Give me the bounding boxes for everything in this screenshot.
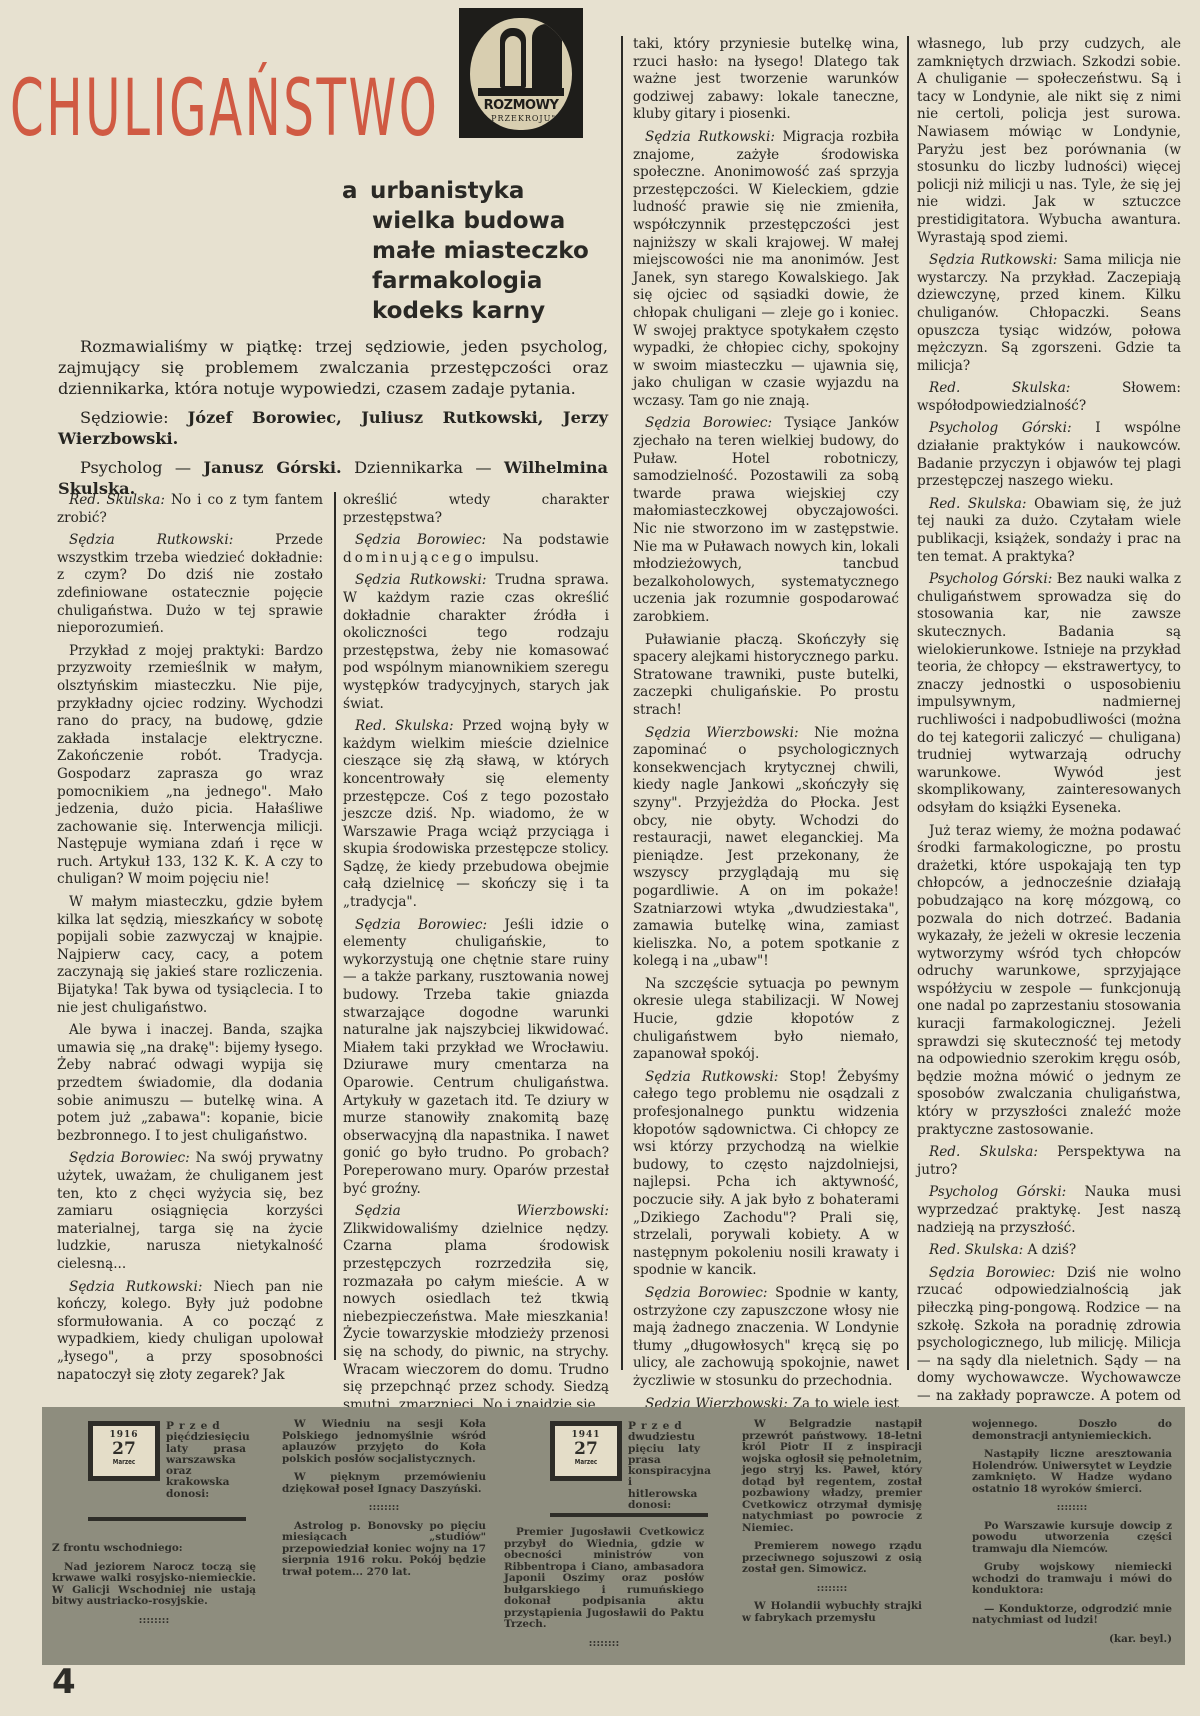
dialogue-paragraph: Psycholog Górski: Nauka musi wyprzedzać … bbox=[917, 1184, 1181, 1237]
text-column-4: własnego, lub przy cudzych, ale zamknięt… bbox=[917, 36, 1181, 1587]
separator: :::::::: bbox=[742, 1583, 922, 1595]
separator: :::::::: bbox=[52, 1615, 256, 1627]
magazine-page: CHULIGAŃSTWO ROZMOWY „PRZEKROJU" aurbani… bbox=[0, 0, 1200, 1716]
dialogue-paragraph: Red. Skulska: Perspektywa na jutro? bbox=[917, 1144, 1181, 1179]
speaker-label: Red. Skulska: bbox=[929, 1144, 1038, 1160]
dialogue-paragraph: Sędzia Borowiec: Na swój prywatny użytek… bbox=[57, 1150, 323, 1273]
dialogue-paragraph: Red. Skulska: Słowem: współodpowiedzialn… bbox=[917, 380, 1181, 415]
speaker-label: Red. Skulska: bbox=[929, 1242, 1023, 1258]
history-column-5: wojennego. Doszło do demonstracji antyni… bbox=[972, 1419, 1172, 1652]
dialogue-paragraph: Sędzia Borowiec: Tysiące Janków zjechało… bbox=[633, 415, 899, 626]
separator: :::::::: bbox=[282, 1502, 486, 1514]
dialogue-paragraph: Sędzia Borowiec: Spodnie w kanty, ostrzy… bbox=[633, 1285, 899, 1391]
dialogue-paragraph: Red. Skulska: Obawiam się, że już tej na… bbox=[917, 496, 1181, 566]
text-column-2: określić wtedy charakter przestępstwa?Sę… bbox=[343, 492, 609, 1419]
history-heading-1916: Przed pięćdziesięciu laty prasa warszaws… bbox=[166, 1421, 246, 1500]
text-column-3: taki, który przyniesie butelkę wina, rzu… bbox=[633, 36, 899, 1511]
intro-paragraph: Rozmawialiśmy w piątkę: trzej sędziowie,… bbox=[58, 336, 608, 399]
news-item: (kar. beyl.) bbox=[972, 1634, 1172, 1646]
news-item: wojennego. Doszło do demonstracji antyni… bbox=[972, 1419, 1172, 1442]
speaker-label: Sędzia Rutkowski: bbox=[355, 572, 486, 588]
speaker-label: Sędzia Rutkowski: bbox=[929, 252, 1057, 268]
date-card-1941: 1941 27 Marzec bbox=[550, 1421, 622, 1481]
dialogue-paragraph: W małym miasteczku, gdzie byłem kilka la… bbox=[57, 894, 323, 1017]
news-item: — Konduktorze, odgrodzić mnie natychmias… bbox=[972, 1604, 1172, 1627]
news-item: Premierem nowego rządu przeciwnego sojus… bbox=[742, 1541, 922, 1576]
column-divider bbox=[334, 492, 336, 1360]
speaker-label: Sędzia Borowiec: bbox=[69, 1150, 190, 1166]
dialogue-paragraph: Sędzia Rutkowski: Migracja rozbiła znajo… bbox=[633, 129, 899, 411]
separator: :::::::: bbox=[972, 1502, 1172, 1514]
date-card-1916: 1916 27 Marzec bbox=[88, 1421, 160, 1481]
dialogue-paragraph: Sędzia Rutkowski: Niech pan nie kończy, … bbox=[57, 1279, 323, 1385]
dialogue-paragraph: Psycholog Górski: Bez nauki walka z chul… bbox=[917, 571, 1181, 817]
article-intro: Rozmawialiśmy w piątkę: trzej sędziowie,… bbox=[58, 336, 608, 507]
logo-emblem-icon: ROZMOWY „PRZEKROJU" bbox=[470, 18, 572, 130]
column-divider bbox=[621, 36, 623, 1370]
news-item: Po Warszawie kursuje dowcip z powodu utw… bbox=[972, 1521, 1172, 1556]
dialogue-paragraph: Sędzia Borowiec: Jeśli idzie o elementy … bbox=[343, 917, 609, 1199]
dialogue-paragraph: Red. Skulska: Przed wojną były w każdym … bbox=[343, 718, 609, 912]
subtitle-line: wielka budowa bbox=[342, 206, 589, 236]
dialogue-paragraph: Na szczęście sytuacja po pewnym okresie … bbox=[633, 976, 899, 1064]
speaker-label: Red. Skulska: bbox=[929, 380, 1070, 396]
speaker-label: Sędzia Borowiec: bbox=[355, 917, 487, 933]
dialogue-paragraph: Ale bywa i inaczej. Banda, szajka umawia… bbox=[57, 1022, 323, 1145]
news-item: Astrolog p. Bonovsky po pięciu miesiącac… bbox=[282, 1521, 486, 1579]
page-number: 4 bbox=[52, 1662, 76, 1702]
dialogue-paragraph: Sędzia Wierzbowski: Nie można zapominać … bbox=[633, 725, 899, 971]
speaker-label: Sędzia Borowiec: bbox=[355, 532, 486, 548]
speaker-label: Sędzia Rutkowski: bbox=[69, 1279, 202, 1295]
subtitle-line: aurbanistyka bbox=[342, 176, 589, 206]
heading-bar bbox=[550, 1513, 708, 1517]
speaker-label: Red. Skulska: bbox=[69, 492, 165, 508]
rozmowy-przekroju-logo: ROZMOWY „PRZEKROJU" bbox=[459, 8, 583, 138]
news-item: W pięknym przemówieniu dziękował poseł I… bbox=[282, 1472, 486, 1495]
text-column-1: Red. Skulska: No i co z tym fantem zrobi… bbox=[57, 492, 323, 1389]
history-column-1: Z frontu wschodniego:Nad jeziorem Narocz… bbox=[52, 1543, 256, 1633]
news-item: Nastąpiły liczne aresztowania Holendrów.… bbox=[972, 1449, 1172, 1495]
news-item: Nad jeziorem Narocz toczą się krwawe wal… bbox=[52, 1562, 256, 1608]
history-column-2: W Wiedniu na sesji Koła Polskiego jednom… bbox=[282, 1419, 486, 1585]
logo-line2: „PRZEKROJU" bbox=[478, 114, 564, 123]
speaker-label: Red. Skulska: bbox=[929, 496, 1027, 512]
speaker-label: Psycholog Górski: bbox=[929, 571, 1052, 587]
dialogue-paragraph: Sędzia Wierzbowski: Zlikwidowaliśmy dzie… bbox=[343, 1203, 609, 1414]
subtitle-line: małe miasteczko bbox=[342, 236, 589, 266]
speaker-label: Psycholog Górski: bbox=[929, 420, 1072, 436]
logo-line1: ROZMOWY bbox=[478, 98, 564, 113]
speaker-label: Sędzia Borowiec: bbox=[645, 415, 772, 431]
dialogue-paragraph: Sędzia Rutkowski: Przede wszystkim trzeb… bbox=[57, 532, 323, 638]
dialogue-paragraph: Psycholog Górski: I wspólne działanie pr… bbox=[917, 420, 1181, 490]
speaker-label: Psycholog Górski: bbox=[929, 1184, 1066, 1200]
speaker-label: Sędzia Rutkowski: bbox=[645, 1069, 778, 1085]
speaker-label: Sędzia Borowiec: bbox=[929, 1265, 1055, 1281]
news-item: W Holandii wybuchły strajki w fabrykach … bbox=[742, 1601, 922, 1624]
history-column-3: Premier Jugosławii Cvetkowicz przybył do… bbox=[504, 1527, 704, 1656]
dialogue-paragraph: Red. Skulska: A dziś? bbox=[917, 1242, 1181, 1260]
news-item: Premier Jugosławii Cvetkowicz przybył do… bbox=[504, 1527, 704, 1631]
intro-judges: Sędziowie: Józef Borowiec, Juliusz Rutko… bbox=[58, 407, 608, 449]
news-item: W Wiedniu na sesji Koła Polskiego jednom… bbox=[282, 1419, 486, 1465]
article-title: CHULIGAŃSTWO bbox=[10, 70, 439, 148]
dialogue-paragraph: Przykład z mojej praktyki: Bardzo przyzw… bbox=[57, 643, 323, 889]
speaker-label: Red. Skulska: bbox=[355, 718, 454, 734]
speaker-label: Sędzia Borowiec: bbox=[645, 1285, 767, 1301]
subtitle-line: farmakologia bbox=[342, 266, 589, 296]
speaker-label: Sędzia Rutkowski: bbox=[645, 129, 775, 145]
news-item: W Belgradzie nastąpił przewrót państwowy… bbox=[742, 1419, 922, 1534]
news-item: Z frontu wschodniego: bbox=[52, 1543, 256, 1555]
dialogue-paragraph: Sędzia Rutkowski: Trudna sprawa. W każdy… bbox=[343, 572, 609, 713]
history-heading-1941: Przed dwudziestu pięciu laty prasa konsp… bbox=[628, 1421, 700, 1511]
speaker-label: Sędzia Rutkowski: bbox=[69, 532, 233, 548]
dialogue-paragraph: Sędzia Borowiec: Na podstawie dominujące… bbox=[343, 532, 609, 567]
separator: :::::::: bbox=[504, 1638, 704, 1650]
dialogue-paragraph: własnego, lub przy cudzych, ale zamknięt… bbox=[917, 36, 1181, 247]
dialogue-paragraph: Red. Skulska: No i co z tym fantem zrobi… bbox=[57, 492, 323, 527]
dialogue-paragraph: określić wtedy charakter przestępstwa? bbox=[343, 492, 609, 527]
speaker-label: Sędzia Wierzbowski: bbox=[645, 725, 799, 741]
dialogue-paragraph: Już teraz wiemy, że można podawać środki… bbox=[917, 823, 1181, 1140]
subtitle-line: kodeks karny bbox=[342, 296, 589, 326]
history-column-4: W Belgradzie nastąpił przewrót państwowy… bbox=[742, 1419, 922, 1631]
dialogue-paragraph: taki, który przyniesie butelkę wina, rzu… bbox=[633, 36, 899, 124]
news-item: Gruby wojskowy niemiecki wchodzi do tram… bbox=[972, 1562, 1172, 1597]
column-divider bbox=[907, 36, 909, 1370]
speaker-label: Sędzia Wierzbowski: bbox=[355, 1203, 609, 1219]
dialogue-paragraph: Puławianie płaczą. Skończyły się spacery… bbox=[633, 632, 899, 720]
article-subtitle: aurbanistyka wielka budowa małe miastecz… bbox=[342, 176, 589, 326]
heading-bar bbox=[88, 1517, 246, 1521]
dialogue-paragraph: Sędzia Rutkowski: Stop! Żebyśmy całego t… bbox=[633, 1069, 899, 1280]
dialogue-paragraph: Sędzia Rutkowski: Sama milicja nie wysta… bbox=[917, 252, 1181, 375]
history-sidebar: 1916 27 Marzec Przed pięćdziesięciu laty… bbox=[42, 1407, 1185, 1665]
